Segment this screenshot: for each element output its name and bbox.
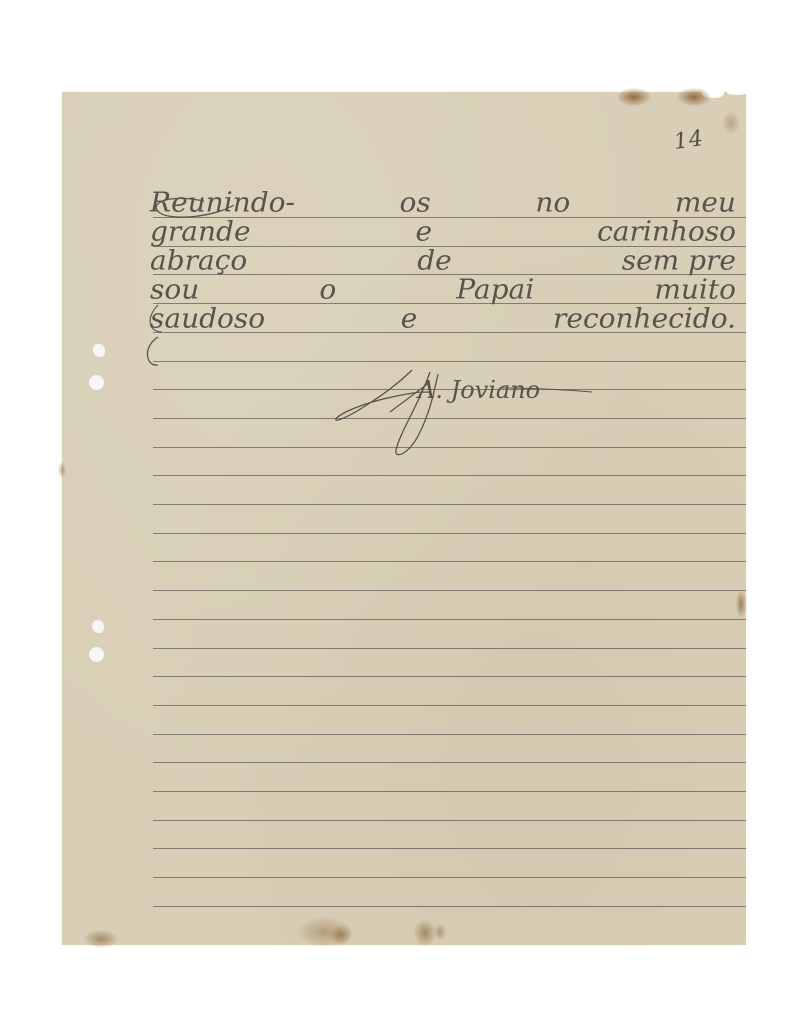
handwritten-line: Reunindo- os no meu [150, 188, 740, 217]
handwritten-line: sou o Papai muito [150, 275, 740, 304]
word: os [400, 189, 431, 217]
ruled-line [153, 762, 746, 763]
word: Papai [456, 276, 534, 304]
handwritten-line: grande e carinhoso [150, 217, 740, 246]
word: sou [150, 276, 199, 304]
word: sem pre [622, 247, 736, 275]
punch-hole [89, 647, 104, 662]
word: e [416, 218, 433, 246]
ruled-line [153, 734, 746, 735]
ruled-line [153, 848, 746, 849]
punch-hole [92, 620, 104, 633]
handwritten-line: saudoso e reconhecido. [150, 304, 740, 333]
punch-hole [93, 344, 105, 357]
ruled-line [153, 561, 746, 562]
ruled-line [153, 906, 746, 907]
word: muito [654, 276, 736, 304]
ruled-line [153, 619, 746, 620]
signature-text: A. Joviano [418, 376, 540, 404]
ruled-line [153, 648, 746, 649]
word: grande [150, 218, 251, 246]
ruled-line [153, 475, 746, 476]
stain [58, 462, 66, 478]
ruled-line [153, 533, 746, 534]
ruled-line [153, 590, 746, 591]
ruled-line [153, 705, 746, 706]
handwritten-body: Reunindo- os no meu grande e carinhoso a… [150, 188, 740, 333]
ruled-line [153, 877, 746, 878]
word: de [417, 247, 452, 275]
handwritten-line: abraço de sem pre [150, 246, 740, 275]
ruled-line [153, 504, 746, 505]
paper-sheet: 14 Reunindo- os no meu grande e carinhos… [62, 92, 746, 945]
word: reconhecido. [553, 305, 736, 333]
scan-background: 14 Reunindo- os no meu grande e carinhos… [0, 0, 806, 1024]
signature: A. Joviano [330, 362, 600, 462]
ruled-line [153, 820, 746, 821]
punch-hole [89, 375, 104, 390]
stain [84, 930, 118, 948]
word: Reunindo- [150, 189, 295, 217]
word: abraço [150, 247, 247, 275]
word: saudoso [150, 305, 265, 333]
word: meu [675, 189, 736, 217]
word: carinhoso [597, 218, 736, 246]
word: no [535, 189, 570, 217]
ruled-line [153, 791, 746, 792]
ruled-line [153, 676, 746, 677]
word: o [319, 276, 336, 304]
word: e [401, 305, 418, 333]
page-number: 14 [672, 126, 705, 155]
